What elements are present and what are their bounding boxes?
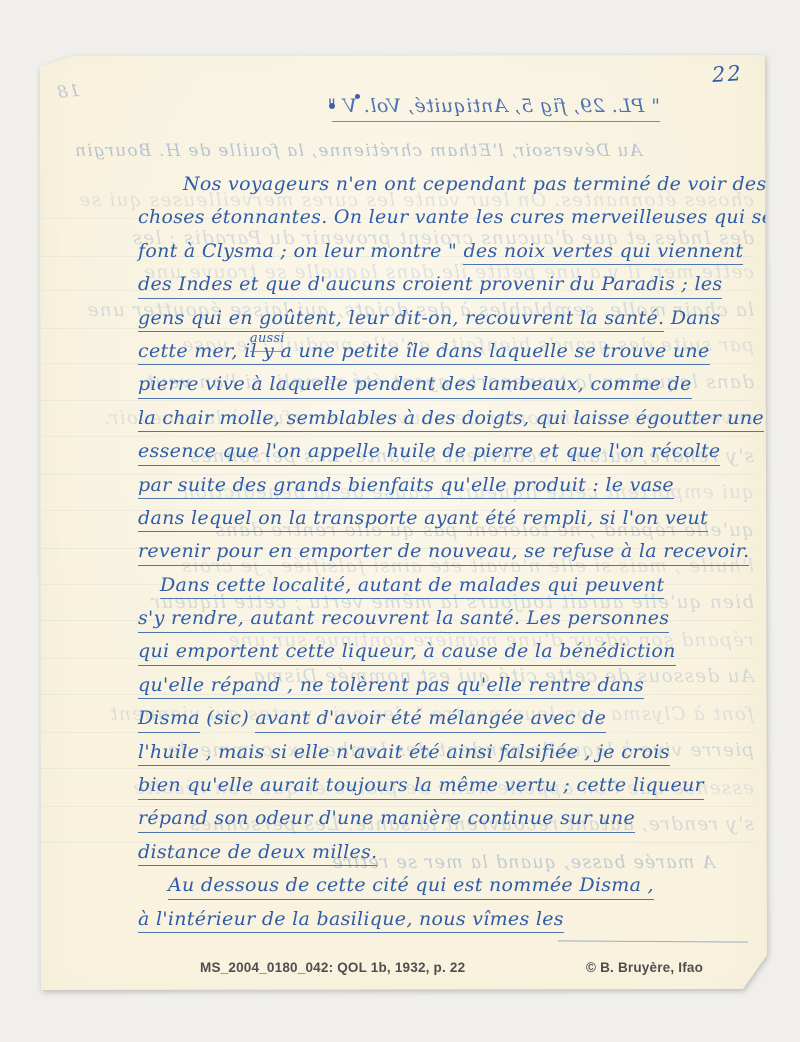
manuscript-line: qu'elle répand , ne tolèrent pas qu'elle… bbox=[138, 673, 766, 706]
underlined-handwriting: Dans cette localité, autant de malades q… bbox=[160, 574, 664, 600]
handwriting: choses étonnantes. On leur vante les cur… bbox=[138, 206, 773, 228]
underlined-handwriting: l'huile , mais si elle n'avait été ainsi… bbox=[138, 741, 670, 767]
underlined-handwriting: dans lequel on la transporte ayant été r… bbox=[138, 507, 708, 533]
underlined-handwriting: distance de deux milles. bbox=[138, 841, 377, 867]
paper-sheet-wrapper: 18 " PL. 29, fig 5, Antiquité, Vol. V " … bbox=[0, 0, 800, 1042]
underlined-handwriting: avant d'avoir été mélangée avec de bbox=[255, 707, 606, 733]
underlined-handwriting: pierre vive à laquelle pendent des lambe… bbox=[138, 373, 692, 399]
manuscript-line: des Indes et que d'aucuns croient proven… bbox=[138, 272, 766, 305]
underlined-handwriting: qui emportent cette liqueur, à cause de … bbox=[138, 640, 676, 666]
underlined-handwriting: revenir pour en emporter de nouveau, se … bbox=[138, 540, 749, 566]
handwriting: Nos voyageurs n'en ont cependant pas ter… bbox=[183, 173, 767, 195]
manuscript-line: pierre vive à laquelle pendent des lambe… bbox=[138, 372, 766, 405]
underlined-handwriting: gens qui en goûtent, leur dit-on, recouv… bbox=[138, 307, 664, 333]
ghost-plate-caption: " PL. 29, fig 5, Antiquité, Vol. V " bbox=[332, 95, 660, 122]
manuscript-text-block: Nos voyageurs n'en ont cependant pas ter… bbox=[138, 172, 766, 940]
manuscript-line: s'y rendre, autant recouvrent la santé. … bbox=[138, 606, 766, 639]
handwriting: (sic) bbox=[200, 707, 255, 729]
paper-sheet: 18 " PL. 29, fig 5, Antiquité, Vol. V " … bbox=[0, 0, 800, 1042]
underlined-handwriting: répand son odeur d'une manière continue … bbox=[138, 807, 635, 833]
manuscript-line: répand son odeur d'une manière continue … bbox=[138, 806, 766, 839]
ink-blot bbox=[355, 94, 360, 99]
manuscript-line: essence que l'on appelle huile de pierre… bbox=[138, 439, 766, 472]
underlined-handwriting: s'y rendre, autant recouvrent la santé. … bbox=[138, 607, 669, 633]
underlined-handwriting: la chair molle, semblables à des doigts,… bbox=[138, 407, 764, 433]
interline-insertion: aussi bbox=[250, 327, 285, 352]
manuscript-line: revenir pour en emporter de nouveau, se … bbox=[138, 539, 766, 572]
underlined-handwriting: des Indes et que d'aucuns croient proven… bbox=[138, 273, 722, 299]
manuscript-line: la chair molle, semblables à des doigts,… bbox=[138, 406, 766, 439]
underlined-handwriting: à l'intérieur de la basilique, nous vîme… bbox=[138, 908, 564, 934]
archive-reference: MS_2004_0180_042: QOL 1b, 1932, p. 22 bbox=[200, 960, 465, 975]
handwriting: Dans bbox=[664, 307, 720, 329]
stray-underline bbox=[558, 940, 748, 942]
page-number: 22 bbox=[711, 61, 743, 87]
underlined-handwriting: des noix vertes qui viennent bbox=[463, 240, 743, 266]
scanned-manuscript-page: { "page_number": "22", "ghosts": { "page… bbox=[0, 0, 800, 1042]
ghost-page-number: 18 bbox=[55, 81, 81, 103]
handwriting: font à Clysma ; on leur montre " bbox=[138, 240, 463, 262]
manuscript-line: gens qui en goûtent, leur dit-on, recouv… bbox=[138, 306, 766, 339]
manuscript-line: distance de deux milles. bbox=[138, 840, 766, 873]
underlined-handwriting: essence que l'on appelle huile de pierre… bbox=[138, 440, 720, 466]
underlined-handwriting: bien qu'elle aurait toujours la même ver… bbox=[138, 774, 704, 800]
manuscript-line: à l'intérieur de la basilique, nous vîme… bbox=[138, 907, 766, 940]
manuscript-line: cette mer, il y a une petite île dans la… bbox=[138, 339, 766, 372]
manuscript-line: Dans cette localité, autant de malades q… bbox=[138, 573, 766, 606]
copyright-notice: © B. Bruyère, Ifao bbox=[586, 960, 703, 975]
manuscript-line: bien qu'elle aurait toujours la même ver… bbox=[138, 773, 766, 806]
underlined-handwriting: cette mer, il y a une petite île dans la… bbox=[138, 340, 710, 366]
manuscript-line: qui emportent cette liqueur, à cause de … bbox=[138, 639, 766, 672]
ink-blot bbox=[329, 103, 335, 109]
manuscript-line: l'huile , mais si elle n'avait été ainsi… bbox=[138, 740, 766, 773]
underlined-handwriting: Disma bbox=[138, 707, 200, 733]
manuscript-line: Disma (sic) avant d'avoir été mélangée a… bbox=[138, 706, 766, 739]
manuscript-line: Nos voyageurs n'en ont cependant pas ter… bbox=[138, 172, 766, 205]
manuscript-line: par suite des grands bienfaits qu'elle p… bbox=[138, 473, 766, 506]
manuscript-line: Au dessous de cette cité qui est nommée … bbox=[138, 873, 766, 906]
underlined-handwriting: par suite des grands bienfaits qu'elle p… bbox=[138, 474, 674, 500]
ghost-caption-line: Au Déversoir, l'Etham chrétienne, la fou… bbox=[80, 141, 642, 161]
underlined-handwriting: qu'elle répand , ne tolèrent pas qu'elle… bbox=[138, 674, 644, 700]
manuscript-line: dans lequel on la transporte ayant été r… bbox=[138, 506, 766, 539]
underlined-handwriting: Au dessous de cette cité qui est nommée … bbox=[168, 874, 654, 900]
manuscript-line: choses étonnantes. On leur vante les cur… bbox=[138, 205, 766, 238]
manuscript-line: font à Clysma ; on leur montre " des noi… bbox=[138, 239, 766, 272]
